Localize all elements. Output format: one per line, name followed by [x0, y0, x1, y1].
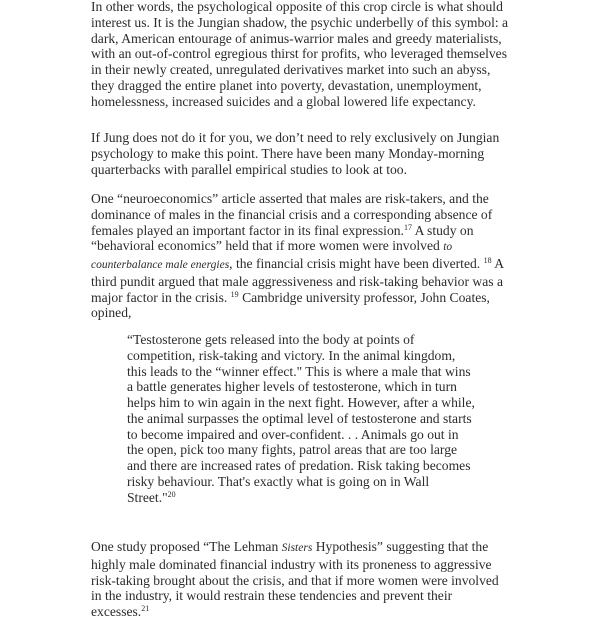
footnote-ref-21[interactable]: 21 — [141, 604, 149, 613]
text-line: with an out-of-control egregious thirst … — [91, 46, 531, 62]
blockquote-coates: “Testosterone gets released into the bod… — [127, 332, 507, 505]
quote-line: the animal surpasses the optimal level o… — [127, 411, 507, 427]
text-line: One “neuroeconomics” article asserted th… — [91, 191, 531, 207]
text-line: risk-taking brought about the crisis, an… — [91, 573, 531, 589]
footnote-ref-19[interactable]: 19 — [231, 290, 239, 299]
paragraph-neuroeconomics: One “neuroeconomics” article asserted th… — [91, 191, 531, 321]
text-line: third pundit argued that male aggressive… — [91, 274, 531, 290]
text-line: interest us. It is the Jungian shadow, t… — [91, 15, 531, 31]
quote-line: risky behaviour. That's exactly what is … — [127, 474, 507, 490]
text-line: counterbalance male energies, the financ… — [91, 256, 531, 274]
text-line: in their newly created, unregulated deri… — [91, 62, 531, 78]
line-text: A — [492, 256, 504, 271]
quote-line: to become impaired and over-confident. .… — [127, 427, 507, 443]
paragraph-jung-alternative: If Jung does not do it for you, we don’t… — [91, 130, 531, 177]
text-line: highly male dominated financial industry… — [91, 557, 531, 573]
paragraph-jungian-shadow: In other words, the psychological opposi… — [91, 0, 531, 109]
italic-text: Sisters — [282, 542, 313, 554]
quote-line: Street."20 — [127, 490, 507, 506]
italic-text: counterbalance male energies — [91, 259, 229, 271]
text-line: opined, — [91, 305, 531, 321]
line-text: Hypothesis” suggesting that the — [312, 539, 488, 554]
text-line: In other words, the psychological opposi… — [91, 0, 531, 15]
text-line: they dragged the entire planet into pove… — [91, 78, 531, 94]
footnote-ref-18[interactable]: 18 — [484, 256, 492, 265]
quote-line: the open, pick too many fights, patrol a… — [127, 442, 507, 458]
line-text: One study proposed “The Lehman — [91, 539, 282, 554]
line-text: Street." — [127, 490, 168, 505]
footnote-ref-17[interactable]: 17 — [404, 223, 412, 232]
line-text: excesses. — [91, 604, 141, 619]
italic-text: to — [443, 241, 452, 253]
quote-line: “Testosterone gets released into the bod… — [127, 332, 507, 348]
text-line: One study proposed “The Lehman Sisters H… — [91, 539, 531, 557]
text-line: major factor in the crisis. 19 Cambridge… — [91, 290, 531, 306]
line-text: major factor in the crisis. — [91, 290, 231, 305]
document-page: In other words, the psychological opposi… — [0, 0, 612, 622]
quote-line: this leads to the “winner effect." This … — [127, 364, 507, 380]
paragraph-lehman-sisters: One study proposed “The Lehman Sisters H… — [91, 539, 531, 620]
text-line: excesses.21 — [91, 604, 531, 620]
quote-line: helps him to win again in the next fight… — [127, 395, 507, 411]
line-text: , the financial crisis might have been d… — [229, 256, 483, 271]
line-text: A study on — [412, 223, 474, 238]
text-line: “behavioral economics” held that if more… — [91, 238, 531, 256]
line-text: Cambridge university professor, John Coa… — [239, 290, 490, 305]
text-line: dominance of males in the financial cris… — [91, 207, 531, 223]
quote-line: competition, risk-taking and victory. In… — [127, 348, 507, 364]
text-line: dark, American entourage of animus-warri… — [91, 31, 531, 47]
text-line: homelessness, increased suicides and a g… — [91, 94, 531, 110]
text-line: in the industry, it would restrain these… — [91, 588, 531, 604]
text-line: females played an important factor in it… — [91, 223, 531, 239]
text-line: quarterbacks with parallel empirical stu… — [91, 162, 531, 178]
quote-line: and there are increased rates of predati… — [127, 458, 507, 474]
quote-line: a battle generates higher levels of test… — [127, 379, 507, 395]
footnote-ref-20[interactable]: 20 — [168, 490, 176, 499]
line-text: females played an important factor in it… — [91, 223, 404, 238]
text-line: If Jung does not do it for you, we don’t… — [91, 130, 531, 146]
line-text: “behavioral economics” held that if more… — [91, 238, 443, 253]
text-line: psychology to make this point. There hav… — [91, 146, 531, 162]
